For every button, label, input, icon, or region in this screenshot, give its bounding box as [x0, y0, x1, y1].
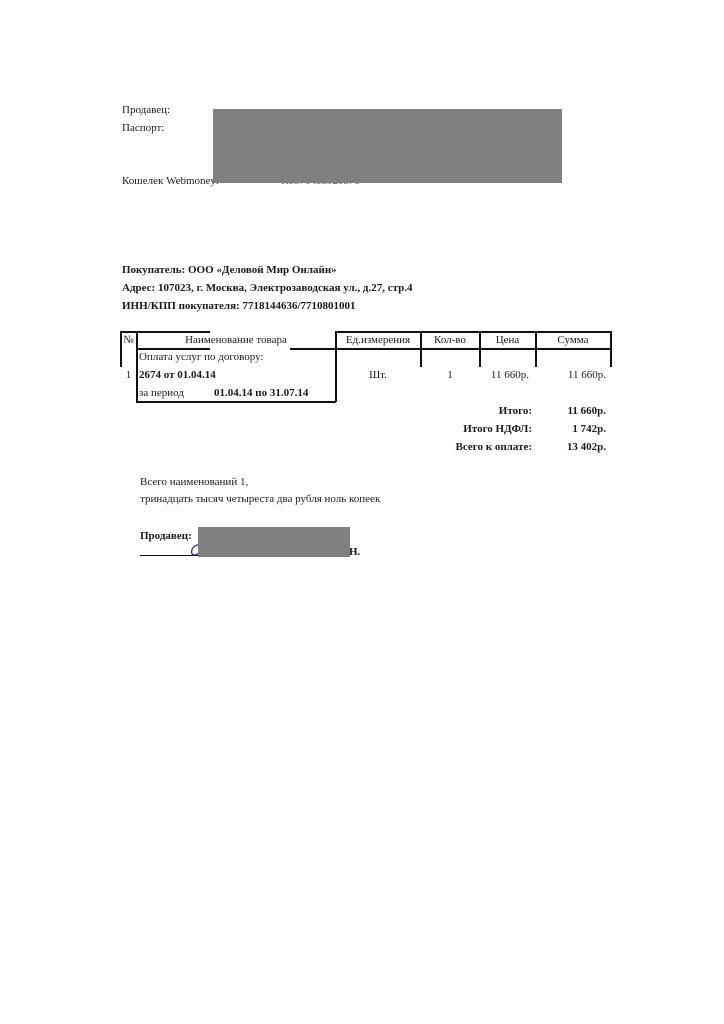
redaction-seller-info	[213, 109, 562, 183]
col-header-number: №	[121, 334, 136, 346]
row-period-value: 01.04.14 по 31.07.14	[214, 387, 308, 399]
col-header-price: Цена	[480, 334, 535, 346]
row-number: 1	[121, 369, 136, 381]
buyer-name: Покупатель: ООО «Деловой Мир Онлайн»	[122, 264, 337, 276]
buyer-inn-kpp: ИНН/КПП покупателя: 7718144636/771080100…	[122, 300, 356, 312]
total-label: Итого:	[420, 405, 532, 417]
total-value: 11 660р.	[536, 405, 606, 417]
amount-in-words: тринадцать тысяч четыреста два рубля нол…	[140, 493, 380, 505]
row-price: 11 660р.	[480, 369, 529, 381]
items-count: Всего наименований 1,	[140, 476, 248, 488]
row-sum: 11 660р.	[536, 369, 606, 381]
row-qty: 1	[421, 369, 479, 381]
row-name-line1: Оплата услуг по договору:	[139, 351, 263, 363]
row-name-line2: 2674 от 01.04.14	[139, 369, 216, 381]
redaction-signature	[198, 527, 350, 557]
grand-total-value: 13 402р.	[536, 441, 606, 453]
passport-label: Паспорт:	[122, 122, 164, 134]
buyer-address: Адрес: 107023, г. Москва, Электрозаводск…	[122, 282, 413, 294]
ndfl-label: Итого НДФЛ:	[420, 423, 532, 435]
col-header-unit: Ед.измерения	[336, 334, 420, 346]
row-unit: Шт.	[336, 369, 420, 381]
ndfl-value: 1 742р.	[536, 423, 606, 435]
col-header-sum: Сумма	[536, 334, 610, 346]
signature-name-suffix: Н.	[349, 546, 360, 558]
seller-label: Продавец:	[122, 104, 170, 116]
signature-seller-label: Продавец:	[140, 530, 192, 542]
wallet-label: Кошелек Webmoney:	[122, 175, 219, 187]
grand-total-label: Всего к оплате:	[420, 441, 532, 453]
col-header-name: Наименование товара	[137, 334, 335, 346]
col-header-qty: Кол-во	[421, 334, 479, 346]
row-period-label: за период	[139, 387, 184, 399]
